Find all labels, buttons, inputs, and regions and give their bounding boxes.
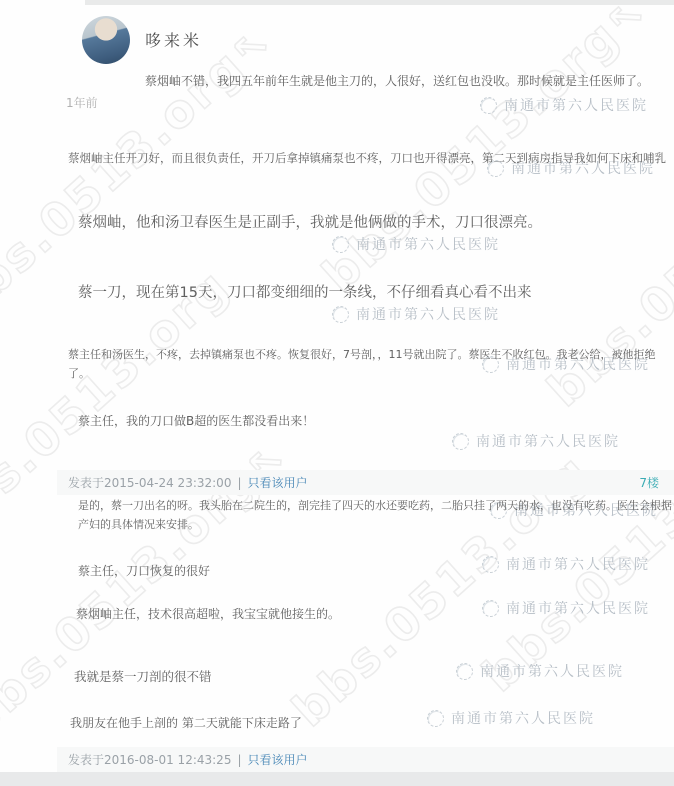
hospital-logo-icon: [332, 306, 349, 323]
hospital-watermark-label: 南通市第六人民医院: [356, 234, 500, 254]
post-meta-bar: 发表于2016-08-01 12:43:25 | 只看该用户: [57, 747, 674, 772]
comment-text: 蔡烟岫主任开刀好，而且很负责任，开刀后拿掉镇痛泵也不疼，刀口也开得漂亮，第二天到…: [68, 148, 672, 168]
hospital-logo-icon: [427, 710, 444, 727]
comment-author-name[interactable]: 哆来米: [145, 28, 202, 51]
post-comment-text: 蔡烟岫不错，我四五年前年生就是他主刀的，人很好，送红包也没收。那时候就是主任医师…: [145, 72, 649, 89]
post-time: 发表于2016-08-01 12:43:25: [68, 751, 231, 768]
hospital-watermark-label: 南通市第六人民医院: [480, 661, 624, 681]
hospital-logo-icon: [456, 663, 473, 680]
hospital-watermark-label: 南通市第六人民医院: [506, 598, 650, 618]
comment-time: 1年前: [66, 94, 98, 111]
comment-text: 蔡主任，我的刀口做B超的医生都没看出来！: [78, 411, 314, 432]
meta-divider: |: [237, 476, 241, 490]
hospital-watermark: 南通市第六人民医院: [332, 304, 500, 324]
cursor-arrow-icon: ↖: [597, 0, 656, 47]
hospital-watermark-label: 南通市第六人民医院: [356, 304, 500, 324]
comment-text: 我朋友在他手上剖的 第二天就能下床走路了: [70, 713, 302, 734]
cursor-arrow-icon: ↖: [222, 17, 281, 77]
hospital-watermark: 南通市第六人民医院: [482, 554, 650, 574]
comment-text: 蔡烟岫主任，技术很高超啦，我宝宝就他接生的。: [76, 604, 340, 625]
hospital-watermark: 南通市第六人民医院: [452, 431, 620, 451]
hospital-watermark-label: 南通市第六人民医院: [451, 708, 595, 728]
hospital-watermark: 南通市第六人民医院: [480, 95, 648, 115]
hospital-logo-icon: [332, 236, 349, 253]
comment-text: 蔡主任，刀口恢复的很好: [78, 561, 210, 582]
hospital-watermark-label: 南通市第六人民医院: [504, 95, 648, 115]
hospital-watermark: 南通市第六人民医院: [456, 661, 624, 681]
avatar[interactable]: [82, 16, 130, 64]
view-author-only-link[interactable]: 只看该用户: [248, 751, 308, 768]
comment-text: 蔡一刀，现在第15天，刀口都变细细的一条线，不仔细看真心看不出来: [78, 281, 531, 306]
forum-comments-page: bbs.0513.org↖ bbs.0513.org↖ bbs.0513.org…: [0, 0, 674, 786]
comment-text: 蔡主任和汤医生，不疼，去掉镇痛泵也不疼。恢复很好，7号剖，，11号就出院了。蔡医…: [68, 345, 668, 384]
post-meta-bar: 发表于2015-04-24 23:32:00 | 只看该用户 7楼: [57, 470, 674, 495]
hospital-watermark-label: 南通市第六人民医院: [506, 554, 650, 574]
comment-text: 我就是蔡一刀剖的很不错: [74, 666, 212, 688]
hospital-logo-icon: [482, 556, 499, 573]
hospital-watermark: 南通市第六人民医院: [482, 598, 650, 618]
comment-text: 蔡烟岫，他和汤卫春医生是正副手，我就是他俩做的手术，刀口很漂亮。: [78, 211, 542, 236]
post-time: 发表于2015-04-24 23:32:00: [68, 474, 231, 491]
hospital-logo-icon: [482, 600, 499, 617]
hospital-logo-icon: [452, 433, 469, 450]
hospital-watermark: 南通市第六人民医院: [332, 234, 500, 254]
floor-badge[interactable]: 7楼: [639, 474, 659, 491]
comment-text: 是的，蔡一刀出名的呀。我头胎在二院生的，剖完挂了四天的水还要吃药，二胎只挂了两天…: [78, 496, 674, 535]
bottom-divider: [0, 772, 674, 786]
top-divider: [85, 0, 674, 5]
meta-divider: |: [237, 753, 241, 767]
hospital-logo-icon: [480, 97, 497, 114]
view-author-only-link[interactable]: 只看该用户: [248, 474, 308, 491]
hospital-watermark-label: 南通市第六人民医院: [476, 431, 620, 451]
hospital-watermark: 南通市第六人民医院: [427, 708, 595, 728]
